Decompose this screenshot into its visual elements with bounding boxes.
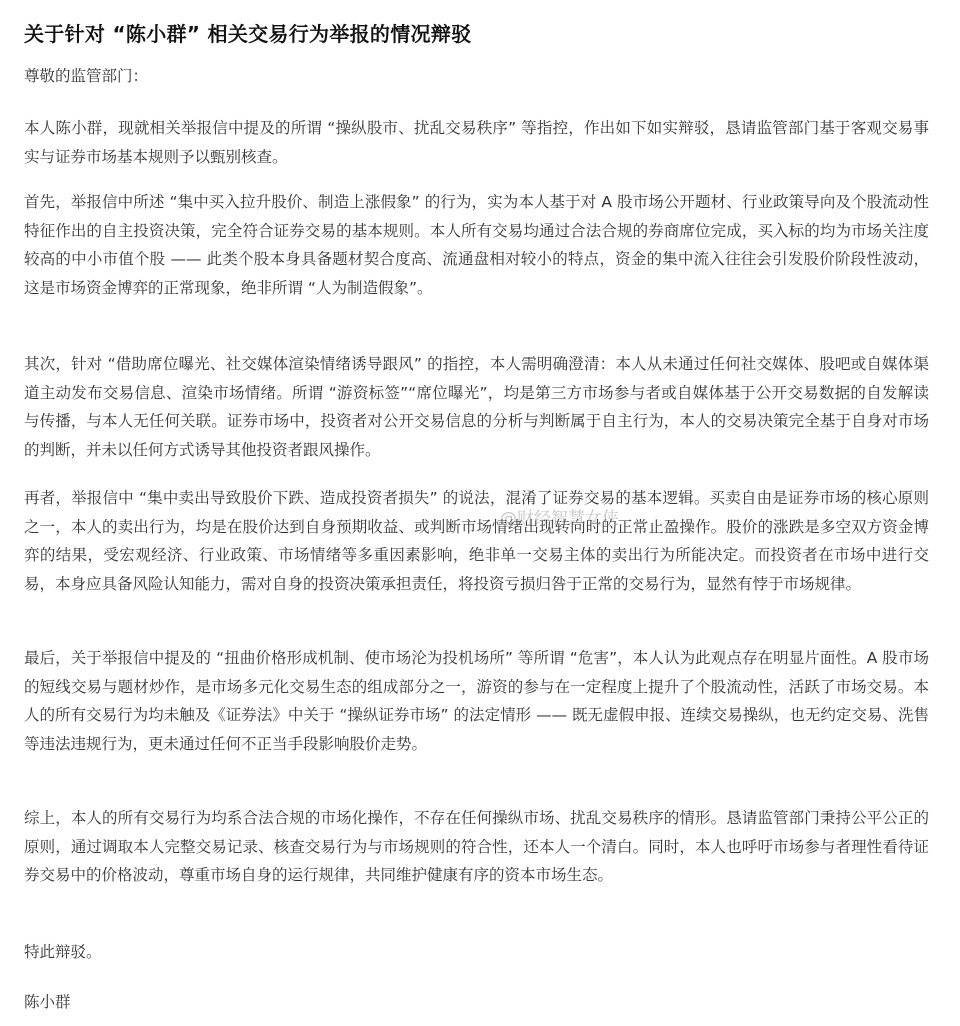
- document-title: 关于针对 “陈小群” 相关交易行为举报的情况辩驳: [24, 18, 471, 47]
- closing: 特此辩驳。: [24, 938, 929, 967]
- paragraph-intro: 本人陈小群，现就相关举报信中提及的所谓 “操纵股市、扰乱交易秩序” 等指控，作出…: [24, 114, 929, 171]
- paragraph-first: 首先，举报信中所述 “集中买入拉升股价、制造上涨假象” 的行为，实为本人基于对 …: [24, 188, 929, 302]
- watermark: @财经智慧女侠: [500, 504, 619, 529]
- paragraph-second: 其次，针对 “借助席位曝光、社交媒体渲染情绪诱导跟风” 的指控，本人需明确澄清：…: [24, 350, 929, 464]
- salutation: 尊敬的监管部门：: [24, 62, 929, 91]
- paragraph-conclusion: 综上，本人的所有交易行为均系合法合规的市场化操作，不存在任何操纵市场、扰乱交易秩…: [24, 804, 929, 890]
- paragraph-third: 再者，举报信中 “集中卖出导致股价下跌、造成投资者损失” 的说法，混淆了证券交易…: [24, 484, 929, 598]
- signature: 陈小群: [24, 988, 929, 1017]
- paragraph-fourth: 最后，关于举报信中提及的 “扭曲价格形成机制、使市场沦为投机场所” 等所谓 “危…: [24, 644, 929, 758]
